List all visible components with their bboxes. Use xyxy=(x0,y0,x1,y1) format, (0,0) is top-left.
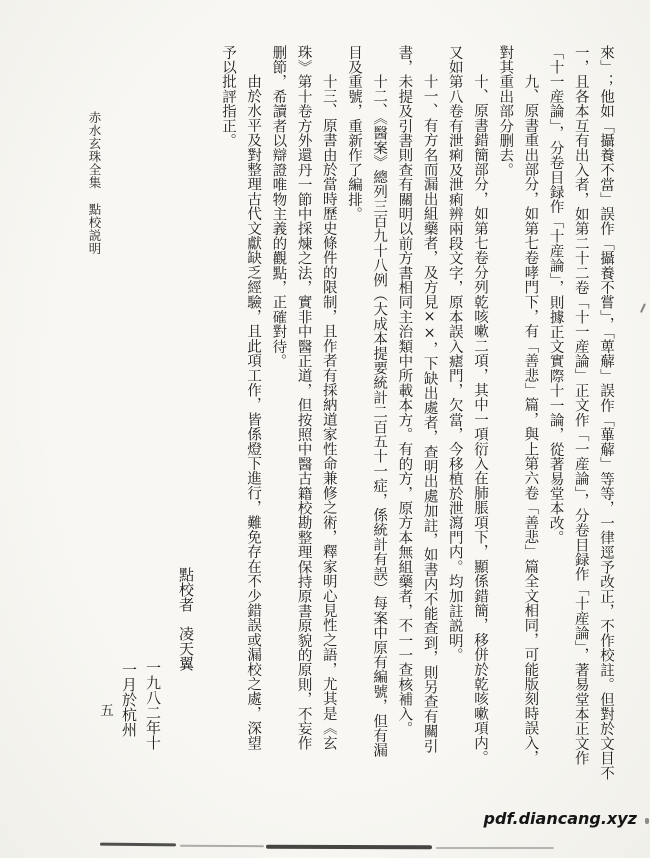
scan-artifact-mark xyxy=(640,303,646,313)
running-head: 赤水玄珠全集點校説明 xyxy=(84,111,104,255)
colophon-signer: 點校者凌天翼 xyxy=(176,567,196,671)
scan-artifact-line xyxy=(180,845,264,847)
page-number: 五 xyxy=(95,703,115,717)
scan-artifact-mark xyxy=(645,818,649,824)
body-text: 來」；他如「攝養不當」誤作「攝養不嘗」，「萆薢」誤作「蓽薢」等等，一律逕予改正，… xyxy=(215,45,618,810)
body-column: 書，未提及引書則查有關明以前方書相同主治類中所載本方。有的方，原方本無組藥者，不… xyxy=(391,45,416,810)
collator-name: 凌天翼 xyxy=(176,626,196,671)
body-column: 予以批評指正。 xyxy=(215,45,240,810)
scan-artifact-line xyxy=(436,847,554,849)
scanned-book-page: 來」；他如「攝養不當」誤作「攝養不嘗」，「萆薢」誤作「蓽薢」等等，一律逕予改正，… xyxy=(0,0,650,858)
body-column: 十、原書錯簡部分，如第七卷分列乾咳嗽二項，其中一項衍入在肺脹項下，顯係錯簡，移併… xyxy=(467,45,492,810)
body-column: 十一、有方名而漏出組藥者，及方見××，下缺出處者，查明出處加註，如書内不能查到，… xyxy=(416,45,441,810)
body-column: 對其重出部分删去。 xyxy=(492,45,517,810)
body-column: 九、原書重出部分，如第七卷哮門下，有「善悲」篇，與上第六卷「善悲」篇全文相同，可… xyxy=(517,45,542,810)
body-column: 目及重號，重新作了編排。 xyxy=(341,45,366,810)
body-column: 十二、《醫案》總列三百九十八例（大成本提要統計二百五十一症，係統計有誤）每案中原… xyxy=(366,45,391,810)
scan-artifact-line xyxy=(100,843,176,847)
colophon-date-line-1: 一九八二年十 xyxy=(143,660,163,750)
body-column: 又如第八卷有泄痢及泄痢辨兩段文字，原本誤入瘧門，欠當，今移植於泄瀉門内。均加註説… xyxy=(442,45,467,810)
colophon-date-line-2: 一月於杭州 xyxy=(119,662,139,737)
book-title: 赤水玄珠全集 xyxy=(87,111,102,189)
body-column: 珠》第十卷方外還丹一節中採煉之法，實非中醫正道，但按照中醫古籍校勘整理保持原書原… xyxy=(290,45,315,810)
watermark-url: pdf.diancang.xyz xyxy=(484,809,637,828)
section-title: 點校説明 xyxy=(84,203,104,255)
body-column: 來」；他如「攝養不當」誤作「攝養不嘗」，「萆薢」誤作「蓽薢」等等，一律逕予改正，… xyxy=(593,45,618,810)
scan-artifact-line xyxy=(266,845,432,849)
body-column: 十三、原書由於當時歷史條件的限制，且作者有採納道家性命兼修之術，釋家明心見性之語… xyxy=(316,45,341,810)
body-column: 「十一産論」，分卷目録作「十産論」，則據正文實際十一論，從著易堂本改。 xyxy=(542,45,567,810)
body-column: 删節，希讀者以辯證唯物主義的觀點，正確對待。 xyxy=(265,45,290,810)
body-column: 由於水平及對整理古代文獻缺乏經驗，且此項工作，皆係燈下進行，難免存在不少錯誤或漏… xyxy=(240,45,265,810)
collator-label: 點校者 xyxy=(177,567,195,612)
body-column: 一，且各本互有出入者，如第二十二卷「十一産論」正文作「一産論」，分卷目録作「十産… xyxy=(568,45,593,810)
